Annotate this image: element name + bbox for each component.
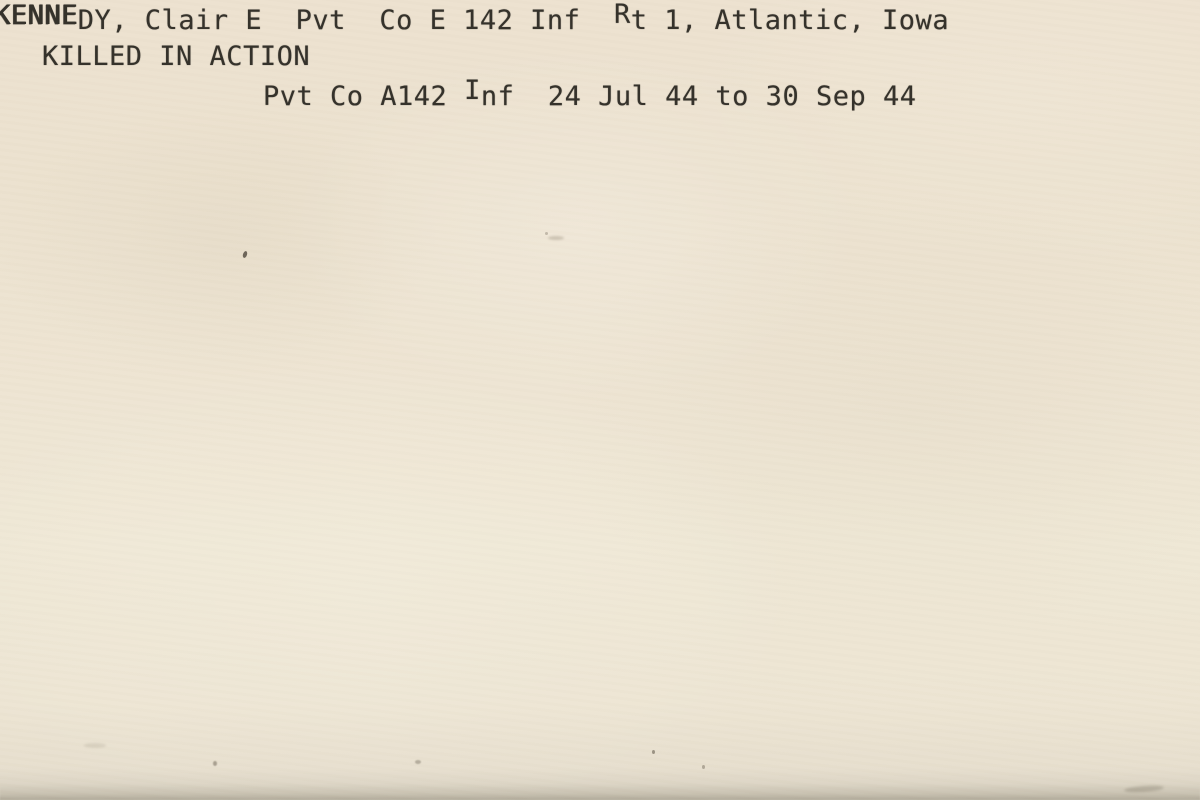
text-segment: Pvt Co A142 [263, 81, 464, 112]
card-line-service-dates: Pvt Co A142 Inf 24 Jul 44 to 30 Sep 44 [263, 81, 916, 112]
text-segment: nf 24 Jul 44 to 30 Sep 44 [481, 81, 917, 112]
text-segment: t 1, Atlantic, Iowa [631, 5, 949, 36]
paper-smudge [548, 236, 564, 240]
paper-speck [415, 760, 421, 764]
paper-speck [652, 750, 655, 754]
text-segment: I [464, 75, 481, 106]
paper-speck [213, 761, 217, 766]
paper-speck [242, 251, 248, 259]
text-segment: KENNE [0, 0, 78, 31]
card-line-name-unit-address: KENNEDY, Clair E Pvt Co E 142 Inf Rt 1, … [0, 5, 949, 36]
index-card: KENNEDY, Clair E Pvt Co E 142 Inf Rt 1, … [0, 0, 1200, 800]
card-line-casualty-status: KILLED IN ACTION [42, 41, 310, 72]
paper-smudge [84, 743, 106, 748]
card-bottom-edge-shadow [0, 784, 1200, 800]
paper-speck [702, 765, 705, 769]
text-segment: R [614, 0, 631, 30]
text-segment: DY, Clair E Pvt Co E 142 Inf [78, 5, 614, 36]
paper-speck [545, 232, 548, 235]
